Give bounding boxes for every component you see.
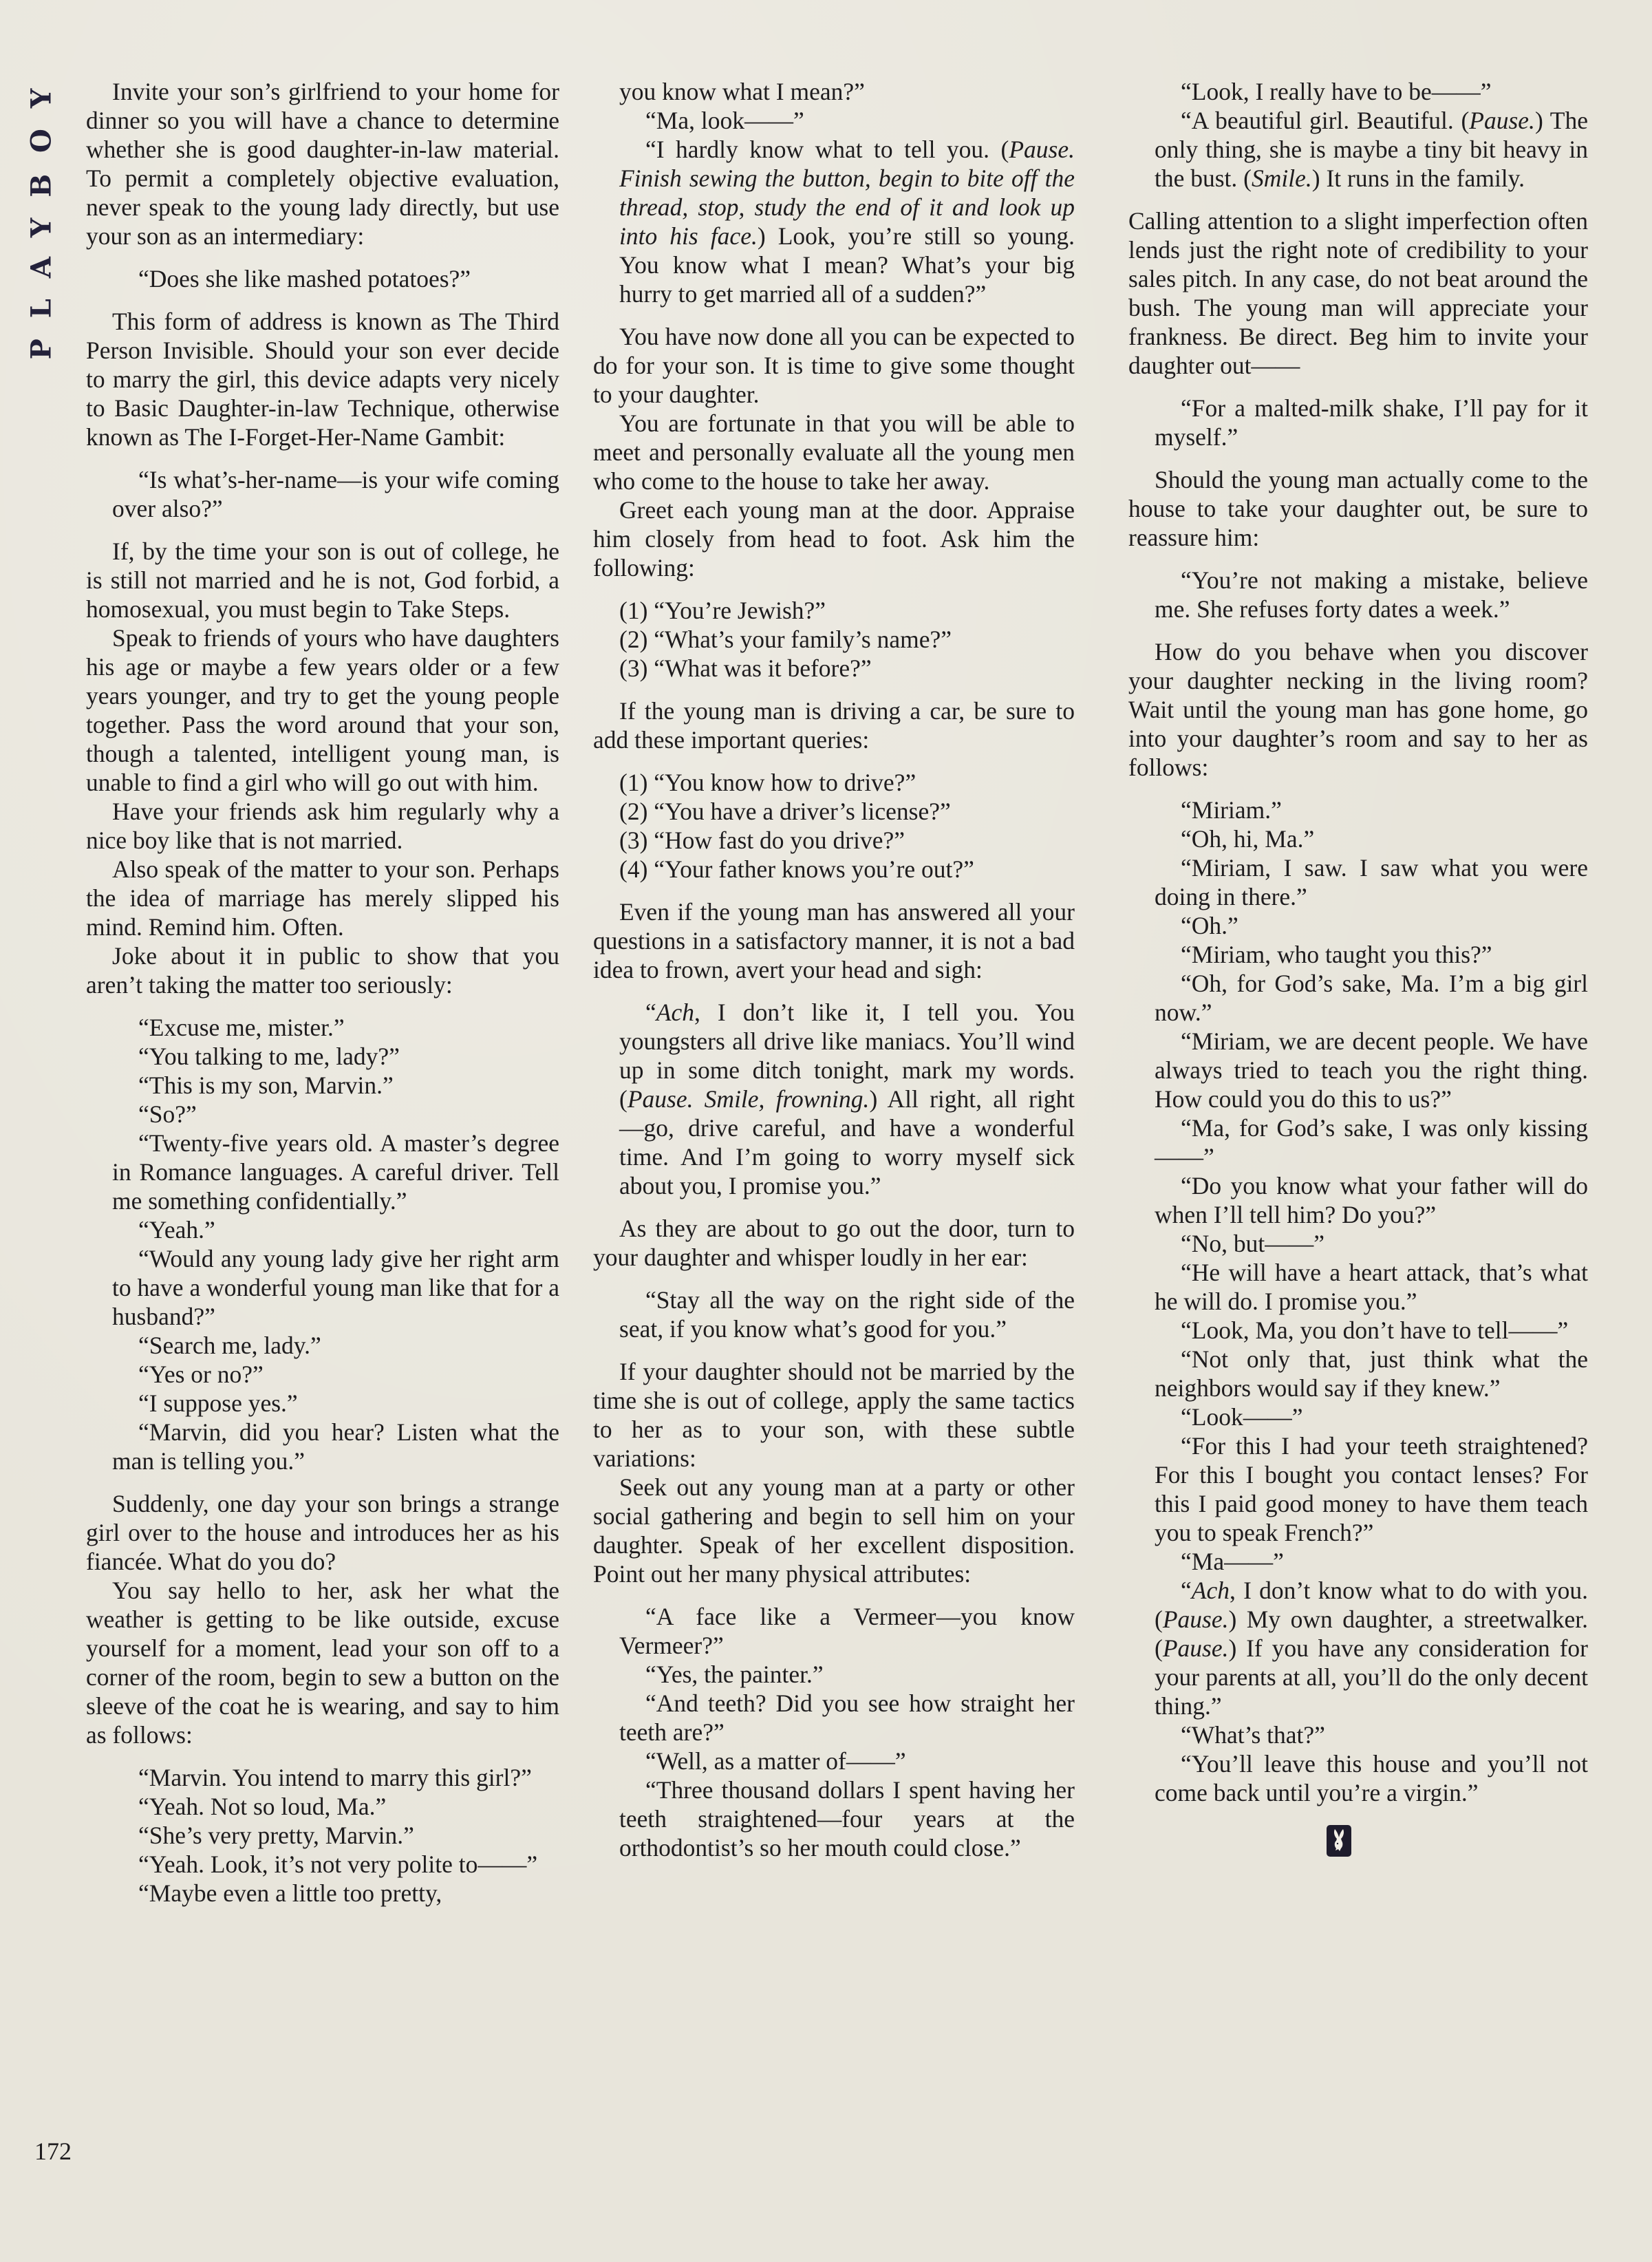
body-paragraph: If your daughter should not be mar­ried … bbox=[593, 1357, 1075, 1473]
question-list-item: (1) “You’re Jewish?” bbox=[619, 596, 1075, 625]
spacer bbox=[1128, 623, 1588, 637]
body-paragraph: This form of address is known as The Thi… bbox=[86, 307, 559, 451]
dialogue-line: “Yes, the painter.” bbox=[619, 1660, 1075, 1689]
spacer bbox=[1128, 193, 1588, 206]
dialogue-text: “I hardly know what to tell you. ( bbox=[645, 136, 1009, 163]
magazine-page: PLAYBOY Invite your son’s girlfriend to … bbox=[0, 0, 1652, 2262]
spacer bbox=[593, 1588, 1075, 1602]
body-paragraph: Suddenly, one day your son brings a stra… bbox=[86, 1489, 559, 1576]
dialogue-block: “Stay all the way on the right side of t… bbox=[619, 1285, 1075, 1343]
dialogue-line: “She’s very pretty, Marvin.” bbox=[112, 1821, 559, 1850]
dialogue-text: ) It runs in the family. bbox=[1312, 164, 1525, 192]
dialogue-line: “Yes or no?” bbox=[112, 1360, 559, 1389]
body-paragraph: Speak to friends of yours who have daugh… bbox=[86, 623, 559, 797]
stage-direction: Ach bbox=[1192, 1577, 1230, 1604]
spacer bbox=[593, 1343, 1075, 1357]
dialogue-text: “ bbox=[1181, 1577, 1192, 1604]
spacer bbox=[593, 683, 1075, 696]
stage-direction: Smile. bbox=[1252, 164, 1312, 192]
stage-direction: Pause. bbox=[1163, 1605, 1229, 1633]
article-column-1: Invite your son’s girlfriend to your hom… bbox=[86, 77, 559, 1908]
body-paragraph: Should the young man actually come to th… bbox=[1128, 465, 1588, 552]
body-paragraph: You say hello to her, ask her what the w… bbox=[86, 1576, 559, 1749]
dialogue-line: “Not only that, just think what the neig… bbox=[1155, 1345, 1588, 1402]
dialogue-line: “Yeah. Not so loud, Ma.” bbox=[112, 1792, 559, 1821]
dialogue-text: “ bbox=[645, 999, 656, 1026]
dialogue-line: “Look——” bbox=[1155, 1402, 1588, 1431]
dialogue-line: “Maybe even a little too pretty, bbox=[112, 1879, 559, 1908]
stage-direction: Pause. bbox=[1163, 1634, 1229, 1662]
spacer bbox=[593, 582, 1075, 596]
dialogue-line: “Three thousand dollars I spent having h… bbox=[619, 1775, 1075, 1862]
dialogue-line: “Oh.” bbox=[1155, 911, 1588, 940]
dialogue-block: “Is what’s-her-name—is your wife coming … bbox=[112, 465, 559, 523]
spacer bbox=[86, 999, 559, 1013]
dialogue-line: “Stay all the way on the right side of t… bbox=[619, 1285, 1075, 1343]
spacer bbox=[593, 884, 1075, 897]
dialogue-line: “What’s that?” bbox=[1155, 1720, 1588, 1749]
dialogue-line: “So?” bbox=[112, 1100, 559, 1129]
dialogue-line: “Is what’s-her-name—is your wife coming … bbox=[112, 465, 559, 523]
dialogue-line: “He will have a heart attack, that’s wha… bbox=[1155, 1258, 1588, 1316]
dialogue-line: “Does she like mashed potatoes?” bbox=[112, 264, 559, 293]
dialogue-line: “Would any young lady give her right arm… bbox=[112, 1244, 559, 1331]
spacer bbox=[86, 451, 559, 465]
question-list: (1) “You’re Jewish?”(2) “What’s your fam… bbox=[619, 596, 1075, 683]
spacer bbox=[1128, 552, 1588, 566]
body-paragraph: If the young man is driving a car, be su… bbox=[593, 696, 1075, 754]
body-paragraph: You have now done all you can be ex­pect… bbox=[593, 322, 1075, 409]
spacer bbox=[593, 1272, 1075, 1285]
body-paragraph: Even if the young man has answered all y… bbox=[593, 897, 1075, 984]
question-list-item: (2) “You have a driver’s license?” bbox=[619, 797, 1075, 826]
question-list-item: (4) “Your father knows you’re out?” bbox=[619, 855, 1075, 884]
dialogue-line: “No, but——” bbox=[1155, 1229, 1588, 1258]
dialogue-line: “Miriam.” bbox=[1155, 796, 1588, 824]
dialogue-line: “Ma——” bbox=[1155, 1547, 1588, 1576]
dialogue-block: “You’re not making a mistake, believe me… bbox=[1155, 566, 1588, 623]
dialogue-line: “I hardly know what to tell you. (Pause.… bbox=[619, 135, 1075, 308]
dialogue-line: “Marvin, did you hear? Listen what the m… bbox=[112, 1418, 559, 1475]
dialogue-block: “Does she like mashed potatoes?” bbox=[112, 264, 559, 293]
spacer bbox=[593, 754, 1075, 768]
body-paragraph: Invite your son’s girlfriend to your hom… bbox=[86, 77, 559, 250]
dialogue-block: “A beautiful girl. Beautiful. (Pause.) T… bbox=[1155, 106, 1588, 193]
stage-direction: Ach bbox=[656, 999, 694, 1026]
spacer bbox=[1128, 380, 1588, 394]
dialogue-text: “A beautiful girl. Beautiful. ( bbox=[1181, 107, 1469, 134]
body-paragraph: You are fortunate in that you will be ab… bbox=[593, 409, 1075, 495]
dialogue-line: “Ach, I don’t know what to do with you. … bbox=[1155, 1576, 1588, 1720]
dialogue-line: “Ma, for God’s sake, I was only kissing—… bbox=[1155, 1113, 1588, 1171]
running-header: PLAYBOY bbox=[21, 83, 62, 344]
dialogue-block: “Excuse me, mister.”“You talking to me, … bbox=[112, 1013, 559, 1475]
dialogue-line: “Yeah. Look, it’s not very polite to——” bbox=[112, 1850, 559, 1879]
dialogue-line: “For this I had your teeth straight­ened… bbox=[1155, 1431, 1588, 1547]
dialogue-block: you know what I mean?”“Ma, look——” bbox=[619, 77, 1075, 135]
dialogue-block: “Marvin. You intend to marry this girl?”… bbox=[112, 1763, 559, 1908]
dialogue-line: “Oh, for God’s sake, Ma. I’m a big girl … bbox=[1155, 969, 1588, 1027]
spacer bbox=[86, 1475, 559, 1489]
dialogue-line: “Search me, lady.” bbox=[112, 1331, 559, 1360]
question-list-item: (3) “What was it before?” bbox=[619, 654, 1075, 683]
dialogue-line: “A beautiful girl. Beautiful. (Pause.) T… bbox=[1155, 106, 1588, 193]
magazine-name: PLAYBOY bbox=[25, 67, 58, 359]
spacer bbox=[1128, 782, 1588, 796]
dialogue-line: “You’re not making a mistake, believe me… bbox=[1155, 566, 1588, 623]
question-list-item: (3) “How fast do you drive?” bbox=[619, 826, 1075, 855]
dialogue-line: “This is my son, Marvin.” bbox=[112, 1071, 559, 1100]
dialogue-line: “Ma, look——” bbox=[619, 106, 1075, 135]
dialogue-line: “You talking to me, lady?” bbox=[112, 1042, 559, 1071]
spacer bbox=[593, 308, 1075, 322]
dialogue-line: “Excuse me, mister.” bbox=[112, 1013, 559, 1042]
dialogue-line: “You’ll leave this house and you’ll not … bbox=[1155, 1749, 1588, 1807]
stage-direction: Pause. bbox=[1469, 107, 1535, 134]
body-paragraph: Joke about it in public to show that you… bbox=[86, 941, 559, 999]
dialogue-line: “Miriam, I saw. I saw what you were doin… bbox=[1155, 853, 1588, 911]
spacer bbox=[86, 1749, 559, 1763]
dialogue-line: “Ach, I don’t like it, I tell you. You y… bbox=[619, 998, 1075, 1200]
body-paragraph: Also speak of the matter to your son. Pe… bbox=[86, 855, 559, 941]
dialogue-line: “For a malted-milk shake, I’ll pay for i… bbox=[1155, 394, 1588, 451]
body-paragraph: Calling attention to a slight imperfec­t… bbox=[1128, 206, 1588, 380]
dialogue-block: “A face like a Vermeer—you know Vermeer?… bbox=[619, 1602, 1075, 1862]
stage-direction: Pause. Smile, frowning. bbox=[627, 1085, 870, 1113]
dialogue-block: “Look, I really have to be——” bbox=[1155, 77, 1588, 106]
question-list-item: (1) “You know how to drive?” bbox=[619, 768, 1075, 797]
dialogue-line: “Marvin. You intend to marry this girl?” bbox=[112, 1763, 559, 1792]
body-paragraph: If, by the time your son is out of col­l… bbox=[86, 537, 559, 623]
dialogue-block: “Ach, I don’t know what to do with you. … bbox=[1155, 1576, 1588, 1720]
dialogue-line: “Miriam, we are decent people. We have a… bbox=[1155, 1027, 1588, 1113]
page-number: 172 bbox=[34, 2137, 72, 2166]
dialogue-block: “I hardly know what to tell you. (Pause.… bbox=[619, 135, 1075, 308]
body-paragraph: Seek out any young man at a party or oth… bbox=[593, 1473, 1075, 1588]
body-paragraph: Have your friends ask him regularly why … bbox=[86, 797, 559, 855]
spacer bbox=[86, 523, 559, 537]
question-list-item: (2) “What’s your family’s name?” bbox=[619, 625, 1075, 654]
dialogue-line: “Look, I really have to be——” bbox=[1155, 77, 1588, 106]
dialogue-line: “And teeth? Did you see how straight her… bbox=[619, 1689, 1075, 1747]
dialogue-line: “Look, Ma, you don’t have to tell——” bbox=[1155, 1316, 1588, 1345]
article-column-2: you know what I mean?”“Ma, look——”“I har… bbox=[593, 77, 1075, 1862]
body-paragraph: How do you behave when you discov­er you… bbox=[1128, 637, 1588, 782]
dialogue-block: “What’s that?”“You’ll leave this house a… bbox=[1155, 1720, 1588, 1807]
dialogue-block: “Miriam.”“Oh, hi, Ma.”“Miriam, I saw. I … bbox=[1155, 796, 1588, 1576]
dialogue-block: “Ach, I don’t like it, I tell you. You y… bbox=[619, 998, 1075, 1200]
spacer bbox=[86, 293, 559, 307]
dialogue-line: “Miriam, who taught you this?” bbox=[1155, 940, 1588, 969]
spacer bbox=[593, 984, 1075, 998]
dialogue-line: “Well, as a matter of——” bbox=[619, 1747, 1075, 1775]
dialogue-line: “I suppose yes.” bbox=[112, 1389, 559, 1418]
dialogue-block: “For a malted-milk shake, I’ll pay for i… bbox=[1155, 394, 1588, 451]
spacer bbox=[86, 250, 559, 264]
dialogue-line: “Twenty-five years old. A master’s degre… bbox=[112, 1129, 559, 1215]
body-paragraph: Greet each young man at the door. Apprai… bbox=[593, 495, 1075, 582]
dialogue-line: “Yeah.” bbox=[112, 1215, 559, 1244]
dialogue-line: “Do you know what your father will do wh… bbox=[1155, 1171, 1588, 1229]
spacer bbox=[1128, 451, 1588, 465]
dialogue-line: “Oh, hi, Ma.” bbox=[1155, 824, 1588, 853]
spacer bbox=[593, 1200, 1075, 1214]
dialogue-line: you know what I mean?” bbox=[619, 77, 1075, 106]
question-list: (1) “You know how to drive?”(2) “You hav… bbox=[619, 768, 1075, 884]
rabbit-head-icon bbox=[1327, 1825, 1351, 1857]
article-column-3: “Look, I really have to be——”“A beautifu… bbox=[1128, 77, 1588, 1857]
body-paragraph: As they are about to go out the door, tu… bbox=[593, 1214, 1075, 1272]
dialogue-line: “A face like a Vermeer—you know Vermeer?… bbox=[619, 1602, 1075, 1660]
